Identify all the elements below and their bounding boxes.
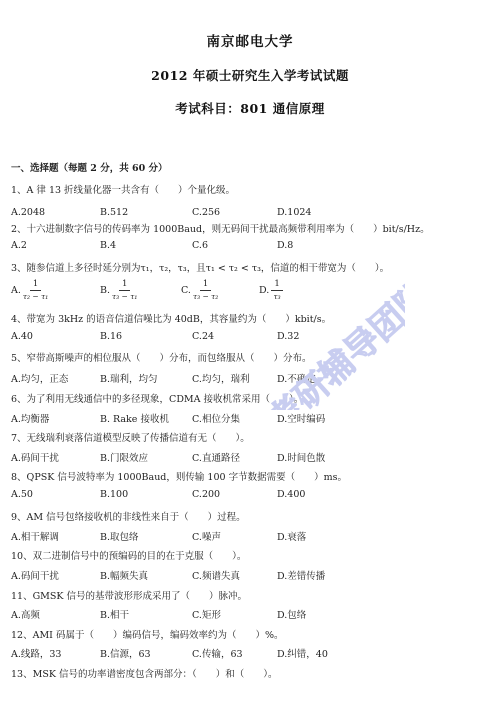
denominator: τ₃ [273,291,280,301]
option-b: B. 1 τ₃ − τ₁ [100,280,137,300]
option-d: D.1024 [277,207,311,218]
option-a: A.相干解调 [11,529,59,543]
section-title: 一、选择题（每题 2 分，共 60 分） [11,160,168,174]
fraction: 1 τ₃ − τ₂ [193,280,218,300]
question-10: 10、双二进制信号中的预编码的目的在于克服（ ）。 [11,548,246,562]
option-b: B.512 [100,207,128,218]
question-4: 4、带宽为 3kHz 的语音信道信噪比为 40dB，其容量约为（ ）kbit/s… [11,311,331,325]
option-a: A.2048 [11,207,45,218]
question-10-options: A.码间干扰 B.幅频失真 C.频谱失真 D.差错传播 [11,568,491,582]
question-9: 9、AM 信号包络接收机的非线性来自于（ ）过程。 [11,509,246,523]
question-13: 13、MSK 信号的功率谱密度包含两部分：（ ）和（ ）。 [11,666,277,680]
option-b: B.瑞利，均匀 [100,371,158,385]
exam-page: 南京邮电大学 2012 年硕士研究生入学考试试题 考试科目：801 通信原理 一… [0,0,500,707]
option-c: C.均匀，瑞利 [192,371,249,385]
option-label: C. [181,285,191,296]
exam-subject: 考试科目：801 通信原理 [0,99,500,117]
option-a: A.码间干扰 [11,450,59,464]
question-5: 5、窄带高斯噪声的相位服从（ ）分布，而包络服从（ ）分布。 [11,350,312,364]
question-7-options: A.码间干扰 B.门限效应 C.直通路径 D.时间色散 [11,450,491,464]
option-d: D.包络 [277,607,306,621]
option-b: B.100 [100,489,128,500]
option-a: A.2 [11,240,27,251]
option-c: C.传输，63 [192,646,243,660]
question-2: 2、十六进制数字信号的传码率为 1000Baud，则无码间干扰最高频带利用率为（… [11,221,430,235]
option-c: C.噪声 [192,529,221,543]
option-a: A.线路，33 [11,646,61,660]
option-label: B. [100,285,110,296]
numerator: 1 [30,280,41,291]
question-3-options: A. 1 τ₂ − τ₁ B. 1 τ₃ − τ₁ C. 1 τ₃ − τ₂ D… [11,280,491,306]
question-6-options: A.均衡器 B. Rake 接收机 C.相位分集 D.空时编码 [11,411,491,425]
option-b: B.信源，63 [100,646,151,660]
option-d: D. 1 τ₃ [259,280,283,300]
option-c: C.6 [192,240,208,251]
option-d: D.纠错，40 [277,646,328,660]
fraction: 1 τ₃ − τ₁ [112,280,137,300]
option-c: C.256 [192,207,220,218]
option-a: A.高频 [11,607,40,621]
question-4-options: A.40 B.16 C.24 D.32 [11,331,491,345]
option-label: A. [11,285,21,296]
question-8-options: A.50 B.100 C.200 D.400 [11,489,491,503]
option-c: C.矩形 [192,607,221,621]
option-b: B.4 [100,240,116,251]
option-a: A.50 [11,489,33,500]
option-d: D.400 [277,489,305,500]
exam-title: 2012 年硕士研究生入学考试试题 [0,66,500,84]
option-a: A.40 [11,331,33,342]
denominator: τ₃ − τ₂ [193,291,218,301]
option-b: B.幅频失真 [100,568,148,582]
option-label: D. [259,285,269,296]
option-d: D.32 [277,331,299,342]
fraction: 1 τ₃ [271,280,282,300]
denominator: τ₂ − τ₁ [23,291,48,301]
question-2-options: A.2 B.4 C.6 D.8 [11,240,491,254]
option-a: A.均匀，正态 [11,371,68,385]
question-1: 1、A 律 13 折线量化器一共含有（ ）个量化级。 [11,182,235,196]
question-9-options: A.相干解调 B.取包络 C.噪声 D.衰落 [11,529,491,543]
question-11: 11、GMSK 信号的基带波形形成采用了（ ）脉冲。 [11,588,247,602]
denominator: τ₃ − τ₁ [112,291,137,301]
question-12-options: A.线路，33 B.信源，63 C.传输，63 D.纠错，40 [11,646,491,660]
question-8: 8、QPSK 信号波特率为 1000Baud，则传输 100 字节数据需要（ ）… [11,469,347,483]
option-d: D.空时编码 [277,411,325,425]
option-c: C.24 [192,331,214,342]
option-b: B.门限效应 [100,450,148,464]
option-a: A. 1 τ₂ − τ₁ [11,280,48,300]
option-d: D.时间色散 [277,450,325,464]
option-b: B.取包络 [100,529,139,543]
question-12: 12、AMI 码属于（ ）编码信号，编码效率约为（ ）%。 [11,627,283,641]
question-11-options: A.高频 B.相干 C.矩形 D.包络 [11,607,491,621]
question-7: 7、无线瑞利衰落信道模型反映了传播信道有无（ ）。 [11,430,250,444]
option-c: C.200 [192,489,220,500]
option-b: B. Rake 接收机 [100,411,169,425]
option-d: D.8 [277,240,293,251]
option-a: A.均衡器 [11,411,49,425]
option-a: A.码间干扰 [11,568,59,582]
option-c: C.频谱失真 [192,568,240,582]
question-5-options: A.均匀，正态 B.瑞利，均匀 C.均匀，瑞利 D.不确定 [11,371,491,385]
numerator: 1 [271,280,282,291]
question-3: 3、随参信道上多径时延分别为τ₁，τ₂，τ₃，且τ₁ < τ₂ < τ₃，信道的… [11,260,389,274]
option-d: D.衰落 [277,529,306,543]
option-b: B.16 [100,331,122,342]
university-name: 南京邮电大学 [0,30,500,50]
numerator: 1 [200,280,211,291]
option-d: D.差错传播 [277,568,325,582]
numerator: 1 [119,280,130,291]
question-6: 6、为了利用无线通信中的多径现象，CDMA 接收机常采用（ ）。 [11,391,303,405]
question-1-options: A.2048 B.512 C.256 D.1024 [11,207,491,221]
option-c: C.直通路径 [192,450,240,464]
option-c: C.相位分集 [192,411,240,425]
option-d: D.不确定 [277,371,316,385]
option-c: C. 1 τ₃ − τ₂ [181,280,218,300]
fraction: 1 τ₂ − τ₁ [23,280,48,300]
option-b: B.相干 [100,607,129,621]
